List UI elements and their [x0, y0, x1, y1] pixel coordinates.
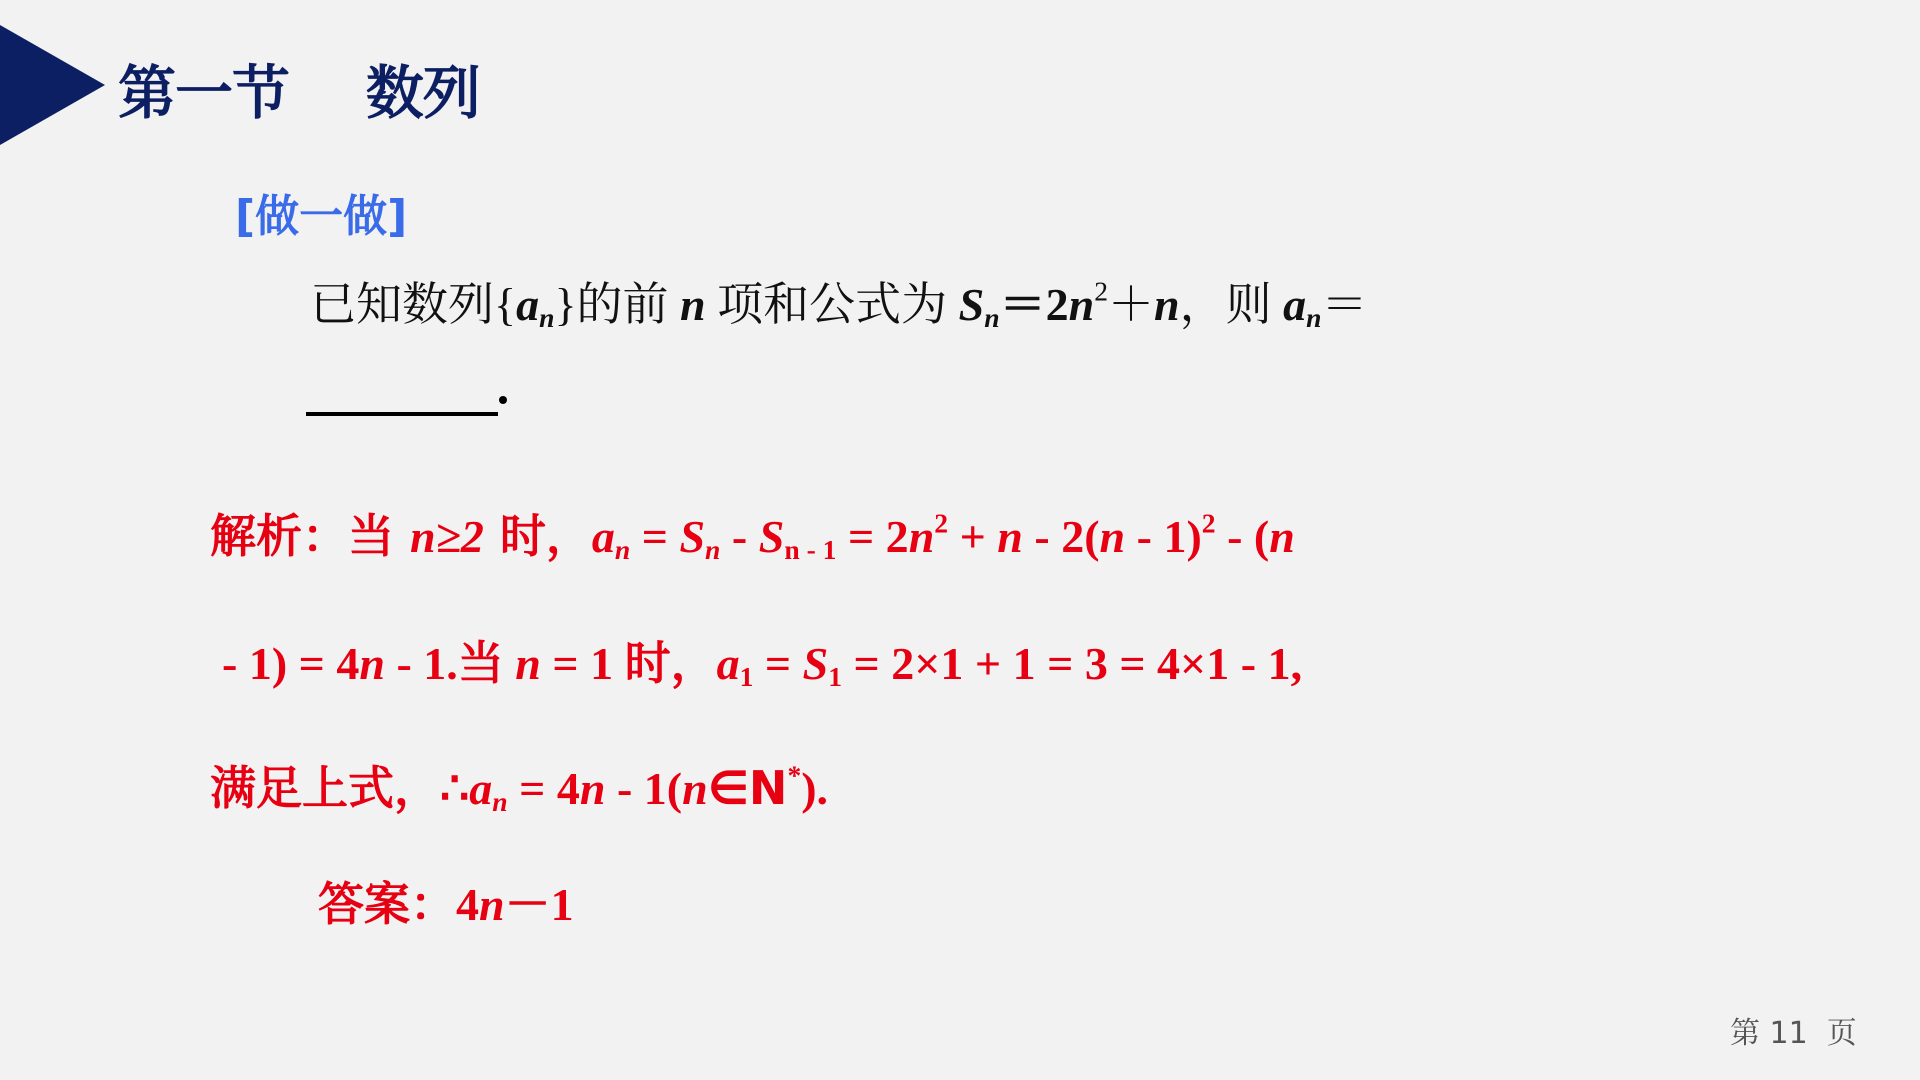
- solution-line-3: 满足上式，∴an = 4n - 1(n∈N*).: [210, 752, 828, 818]
- problem-statement: 已知数列{an}的前 n 项和公式为 Sn＝2n2＋n，则 an＝: [310, 268, 1367, 334]
- page-title: 第一节 数列: [118, 46, 480, 130]
- page-number: 第 11 页: [1730, 1008, 1857, 1052]
- blank-period: [499, 396, 507, 404]
- solution-line-2: - 1) = 4n - 1.当 n = 1 时，a1 = S1 = 2×1 + …: [222, 627, 1302, 693]
- solution-line-1: 解析：当 n≥2 时，an = Sn - Sn - 1 = 2n2 + n - …: [210, 500, 1295, 566]
- answer-blank: [306, 412, 498, 416]
- section-label-try-it: [做一做]: [235, 180, 407, 244]
- answer: 答案：4n－1: [318, 868, 574, 934]
- header-triangle-icon: [0, 25, 105, 145]
